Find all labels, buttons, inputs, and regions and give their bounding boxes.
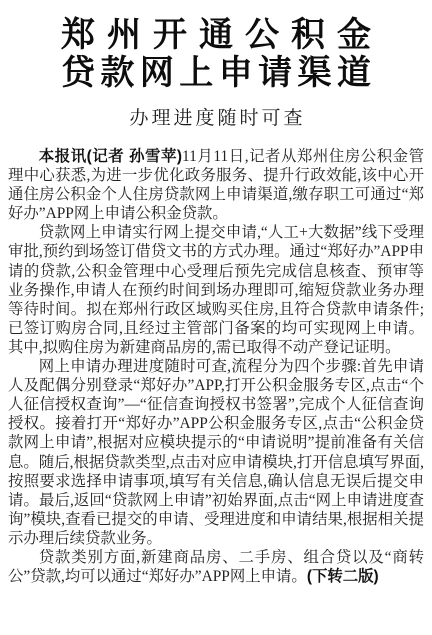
newspaper-page: 郑州开通公积金 贷款网上申请渠道 办理进度随时可查 本报讯(记者 孙雪苹)11月…	[0, 0, 432, 635]
paragraph-steps: 网上申请办理进度随时可查,流程分为四个步骤:首先申请人及配偶分别登录“郑好办”A…	[8, 357, 424, 548]
paragraph-steps-text: 网上申请办理进度随时可查,流程分为四个步骤:首先申请人及配偶分别登录“郑好办”A…	[8, 358, 424, 547]
article-headline: 郑州开通公积金 贷款网上申请渠道	[61, 16, 371, 92]
headline-line-1: 郑州开通公积金	[61, 16, 371, 54]
continuation-note: (下转二版)	[307, 568, 379, 585]
article-body: 本报讯(记者 孙雪苹)11月11日,记者从郑州住房公积金管理中心获悉,为进一步优…	[8, 147, 424, 586]
article-subtitle: 办理进度随时可查	[0, 103, 432, 130]
paragraph-process-text: 贷款网上申请实行网上提交申请,“人工+大数据”线下受理审批,预约到场签订借贷文书…	[8, 224, 424, 356]
paragraph-loan-types: 贷款类别方面,新建商品房、二手房、组合贷以及“商转公”贷款,均可以通过“郑好办”…	[8, 548, 424, 586]
paragraph-intro: 本报讯(记者 孙雪苹)11月11日,记者从郑州住房公积金管理中心获悉,为进一步优…	[8, 147, 424, 223]
headline-line-2: 贷款网上申请渠道	[61, 54, 371, 92]
byline: 本报讯(记者 孙雪苹)	[39, 148, 182, 165]
paragraph-process: 贷款网上申请实行网上提交申请,“人工+大数据”线下受理审批,预约到场签订借贷文书…	[8, 223, 424, 357]
